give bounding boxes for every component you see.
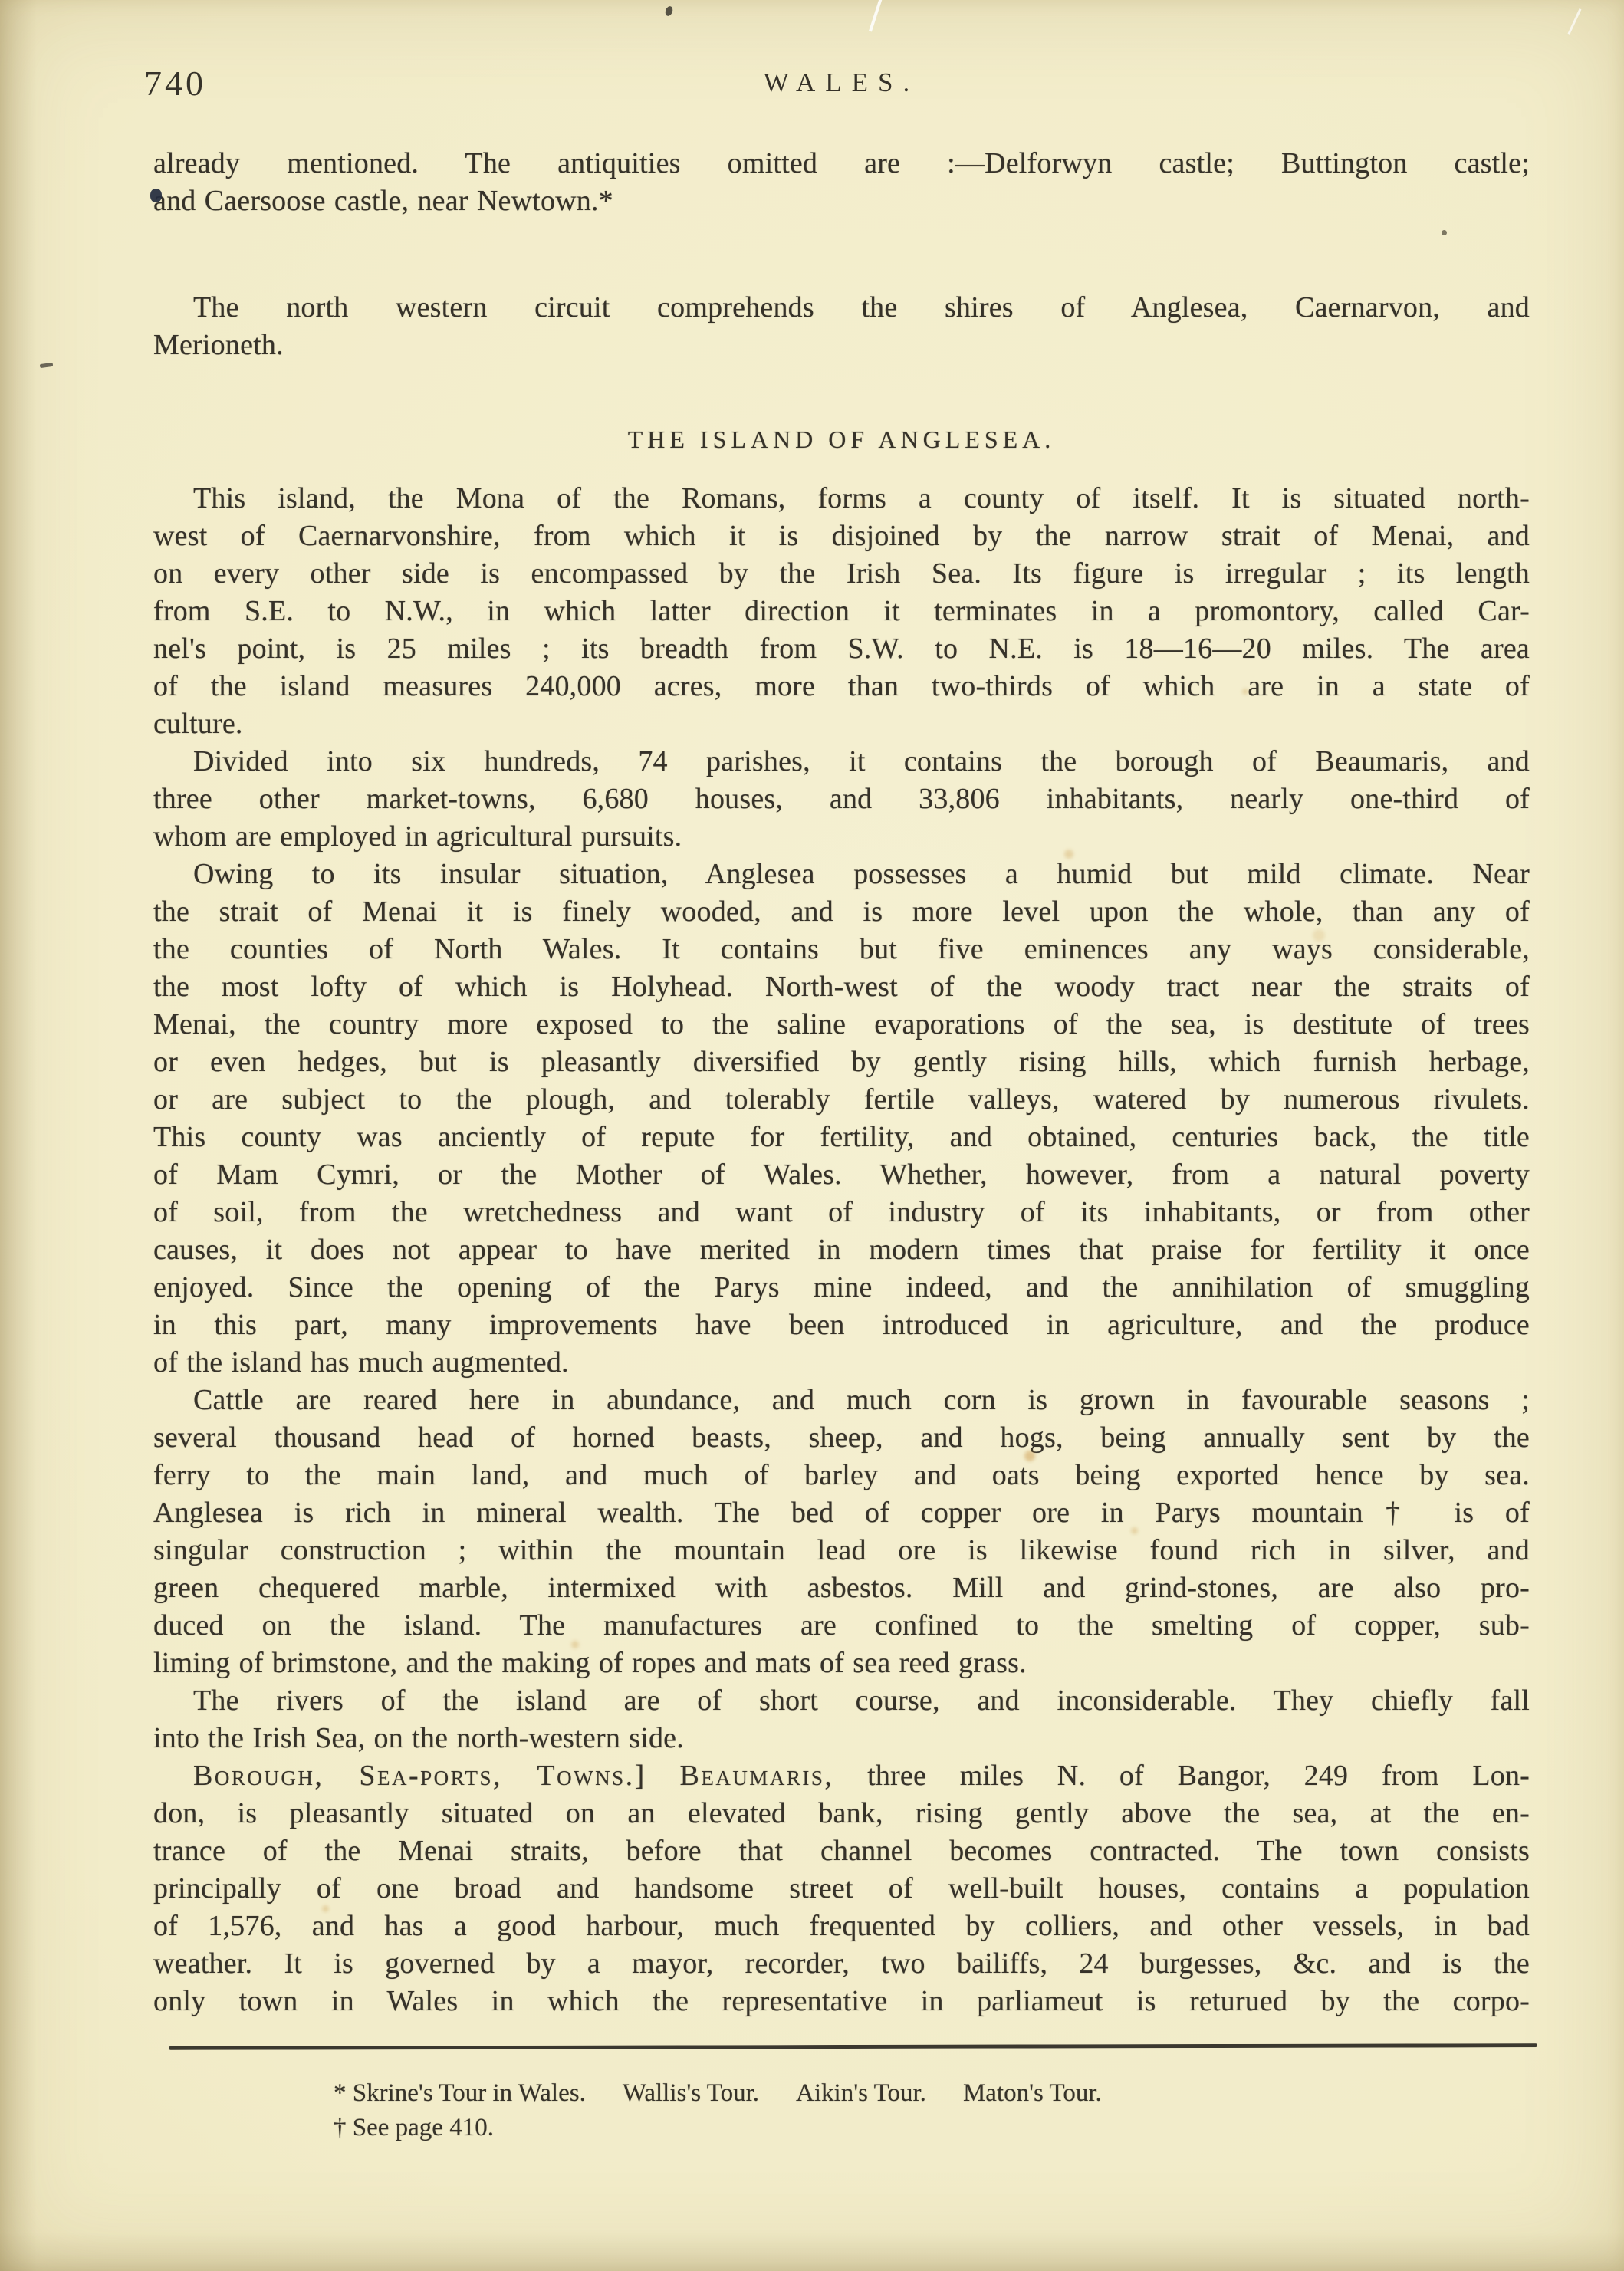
small-caps-text: Borough, Sea-ports, Towns.]: [193, 1760, 646, 1792]
page-number: 740: [144, 63, 206, 104]
body-line: into the Irish Sea, on the north-western…: [153, 1720, 1530, 1757]
body-line: the most lofty of which is Holyhead. Nor…: [153, 968, 1530, 1006]
body-line: weather. It is governed by a mayor, reco…: [153, 1945, 1530, 1983]
body-line: of Mam Cymri, or the Mother of Wales. Wh…: [153, 1156, 1530, 1194]
body-line: three other market-towns, 6,680 houses, …: [153, 781, 1530, 818]
paragraph: The rivers of the island are of short co…: [153, 1682, 1530, 1757]
body-line: already mentioned. The antiquities omitt…: [153, 145, 1530, 182]
body-line: in this part, many improvements have bee…: [153, 1306, 1530, 1344]
body-line: culture.: [153, 705, 1530, 743]
section-heading: THE ISLAND OF ANGLESEA.: [153, 426, 1530, 454]
body-line: ferry to the main land, and much of barl…: [153, 1457, 1530, 1494]
footnote-line: † See page 410.: [334, 2111, 1530, 2145]
body-line: several thousand head of horned beasts, …: [153, 1419, 1530, 1457]
body-text: [646, 1760, 680, 1792]
body-line: principally of one broad and handsome st…: [153, 1870, 1530, 1908]
body-line: Owing to its insular situation, Anglesea…: [153, 856, 1530, 893]
footnote-item: † See page 410.: [334, 2114, 494, 2141]
body-line: duced on the island. The manufactures ar…: [153, 1607, 1530, 1645]
body-line: causes, it does not appear to have merit…: [153, 1231, 1530, 1269]
body-line: liming of brimstone, and the making of r…: [153, 1645, 1530, 1682]
body-line: Cattle are reared here in abundance, and…: [153, 1382, 1530, 1419]
body-line: or are subject to the plough, and tolera…: [153, 1081, 1530, 1119]
body-line: whom are employed in agricultural pursui…: [153, 818, 1530, 856]
small-caps-text: Beaumaris,: [680, 1760, 834, 1792]
body-line: Divided into six hundreds, 74 parishes, …: [153, 743, 1530, 781]
body-line: of the island has much augmented.: [153, 1344, 1530, 1382]
body-line: only town in Wales in which the represen…: [153, 1983, 1530, 2020]
body-line: The north western circuit comprehends th…: [153, 289, 1530, 327]
body-line: Anglesea is rich in mineral wealth. The …: [153, 1494, 1530, 1532]
body-line: of 1,576, and has a good harbour, much f…: [153, 1908, 1530, 1945]
footnote-item: Maton's Tour.: [963, 2079, 1102, 2107]
body-line: green chequered marble, intermixed with …: [153, 1569, 1530, 1607]
paragraph: This island, the Mona of the Romans, for…: [153, 480, 1530, 743]
body-line: Borough, Sea-ports, Towns.] Beaumaris, t…: [153, 1757, 1530, 1795]
body-line: west of Caernarvonshire, from which it i…: [153, 518, 1530, 555]
body-line: and Caersoose castle, near Newtown.*: [153, 182, 1530, 220]
footnote-rule: [169, 2043, 1537, 2050]
body-line: enjoyed. Since the opening of the Parys …: [153, 1269, 1530, 1306]
footnote-line: * Skrine's Tour in Wales.Wallis's Tour.A…: [334, 2076, 1530, 2111]
paragraph: Borough, Sea-ports, Towns.] Beaumaris, t…: [153, 1757, 1530, 2020]
running-title: WALES.: [153, 63, 1530, 98]
body-line: The rivers of the island are of short co…: [153, 1682, 1530, 1720]
paragraph: Cattle are reared here in abundance, and…: [153, 1382, 1530, 1682]
paragraph: The north western circuit comprehends th…: [153, 289, 1530, 364]
footnote-item: Aikin's Tour.: [796, 2079, 926, 2107]
body-line: nel's point, is 25 miles ; its breadth f…: [153, 630, 1530, 668]
book-page: 740 WALES. already mentioned. The antiqu…: [0, 0, 1624, 2271]
paragraph: Divided into six hundreds, 74 parishes, …: [153, 743, 1530, 856]
body-line: Menai, the country more exposed to the s…: [153, 1006, 1530, 1043]
body-line: the counties of North Wales. It contains…: [153, 931, 1530, 968]
page-content: 740 WALES. already mentioned. The antiqu…: [153, 0, 1530, 2145]
footnote-item: Wallis's Tour.: [623, 2079, 759, 2107]
body-line: trance of the Menai straits, before that…: [153, 1832, 1530, 1870]
text-block: already mentioned. The antiquities omitt…: [153, 145, 1530, 2020]
body-line: This island, the Mona of the Romans, for…: [153, 480, 1530, 518]
paragraph: already mentioned. The antiquities omitt…: [153, 145, 1530, 220]
body-line: This county was anciently of repute for …: [153, 1119, 1530, 1156]
body-line: of soil, from the wretchedness and want …: [153, 1194, 1530, 1231]
body-line: Merioneth.: [153, 327, 1530, 364]
body-line: singular construction ; within the mount…: [153, 1532, 1530, 1569]
body-line: on every other side is encompassed by th…: [153, 555, 1530, 593]
body-line: don, is pleasantly situated on an elevat…: [153, 1795, 1530, 1832]
footnote-item: * Skrine's Tour in Wales.: [334, 2079, 586, 2107]
page-header: 740 WALES.: [153, 63, 1530, 103]
body-line: of the island measures 240,000 acres, mo…: [153, 668, 1530, 705]
scratch-mark: [1568, 8, 1582, 35]
body-line: or even hedges, but is pleasantly divers…: [153, 1043, 1530, 1081]
body-text: three miles N. of Bangor, 249 from Lon-: [833, 1760, 1530, 1792]
body-line: from S.E. to N.W., in which latter direc…: [153, 593, 1530, 630]
body-line: the strait of Menai it is finely wooded,…: [153, 893, 1530, 931]
paragraph: Owing to its insular situation, Anglesea…: [153, 856, 1530, 1382]
margin-mark: [40, 363, 54, 368]
footnotes: * Skrine's Tour in Wales.Wallis's Tour.A…: [334, 2076, 1530, 2145]
